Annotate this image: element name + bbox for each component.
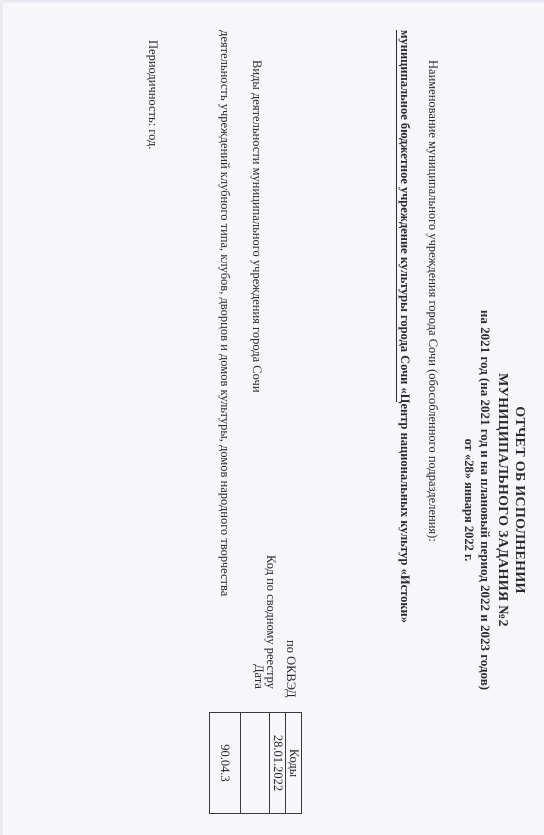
- codes-table: Коды 28.01.2022 90.04.3: [209, 712, 302, 814]
- institution-name: муниципальное бюджетное учреждение культ…: [396, 30, 412, 402]
- codes-header: Коды: [286, 713, 302, 814]
- institution-label: Наименование муниципального учреждения г…: [425, 60, 440, 542]
- scan-edge: [0, 0, 544, 4]
- registry-code-value: [241, 713, 270, 814]
- periodicity: Периодичность: год.: [145, 40, 160, 150]
- registry-code-label: Код по сводному реестру: [263, 555, 278, 689]
- activity-label: Виды деятельности муниципального учрежде…: [249, 60, 264, 393]
- okved-value: 90.04.3: [210, 713, 241, 814]
- title-line-4: от «28» января 2022 г.: [460, 270, 477, 730]
- scanned-document-page: ОТЧЕТ ОБ ИСПОЛНЕНИИ МУНИЦИПАЛЬНОГО ЗАДАН…: [0, 0, 544, 835]
- title-line-3: на 2021 год (на 2021 год и на плановый п…: [477, 270, 494, 730]
- scan-edge-bottom: [0, 0, 3, 835]
- activity-value: деятельность учреждений клубного типа, к…: [217, 30, 232, 596]
- okved-label: по ОКВЭД: [283, 640, 298, 698]
- title-line-2: МУНИЦИПАЛЬНОГО ЗАДАНИЯ №2: [494, 270, 511, 730]
- title-line-1: ОТЧЕТ ОБ ИСПОЛНЕНИИ: [511, 270, 528, 730]
- report-title: ОТЧЕТ ОБ ИСПОЛНЕНИИ МУНИЦИПАЛЬНОГО ЗАДАН…: [460, 270, 528, 730]
- date-value: 28.01.2022: [270, 713, 286, 814]
